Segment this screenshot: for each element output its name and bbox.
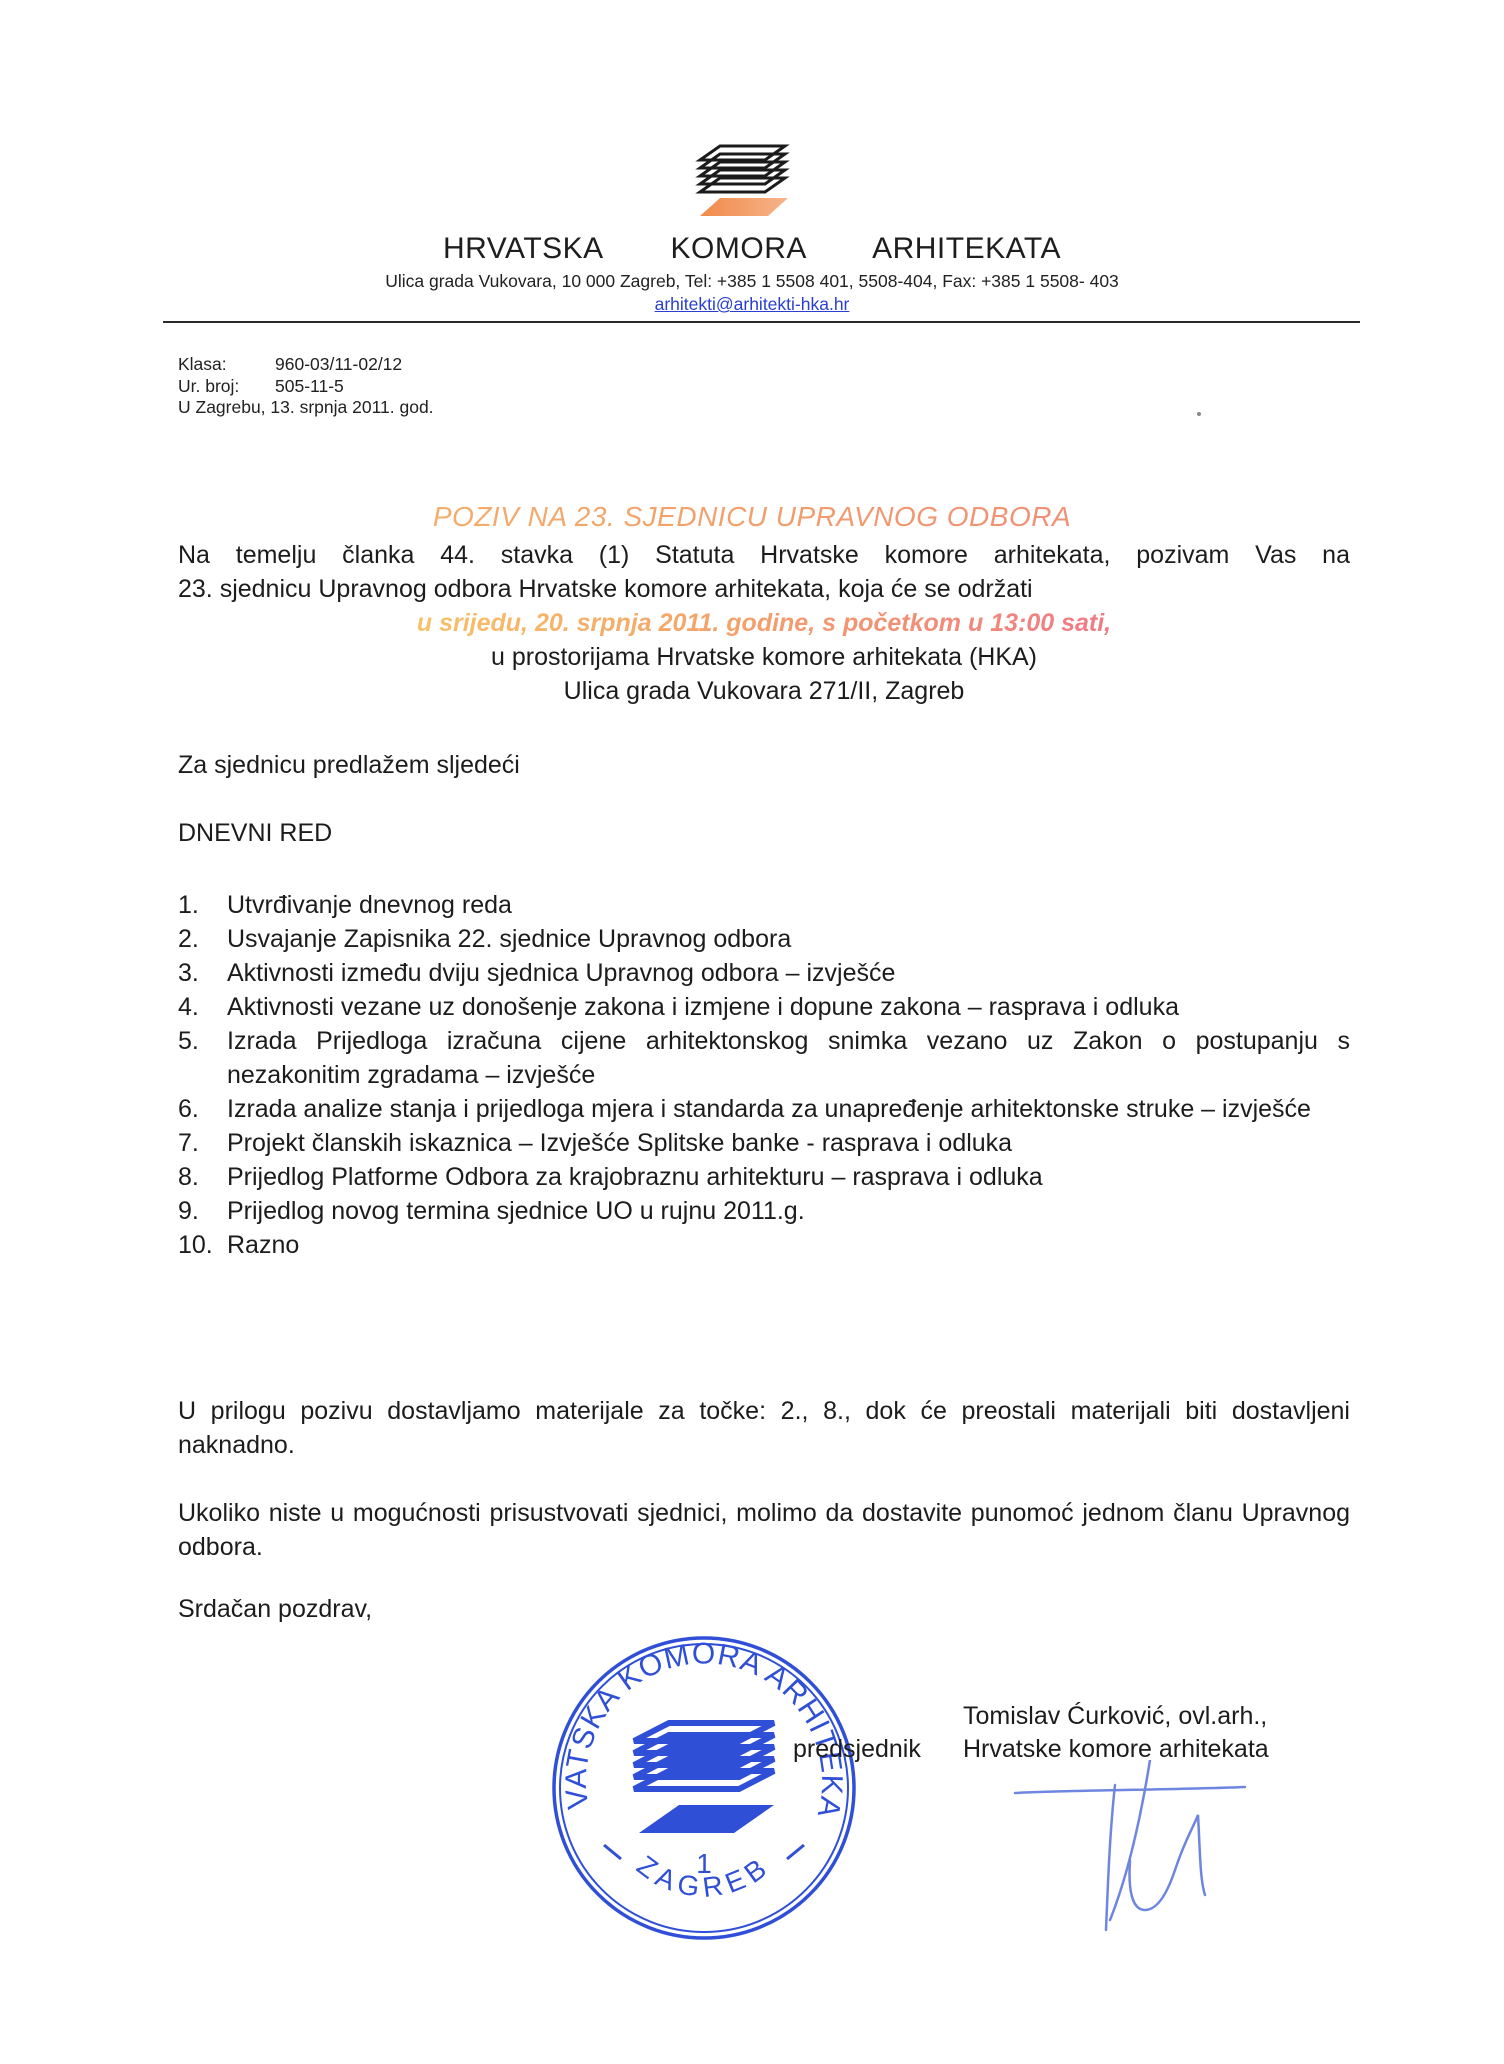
agenda-item-text: Izrada analize stanja i prijedloga mjera… <box>227 1092 1350 1126</box>
agenda-item-number: 10. <box>178 1228 227 1262</box>
venue-line-2: Ulica grada Vukovara 271/II, Zagreb <box>178 674 1350 708</box>
signatory-block: Tomislav Ćurković, ovl.arh., Hrvatske ko… <box>963 1700 1269 1766</box>
agenda-item: 4.Aktivnosti vezane uz donošenje zakona … <box>178 990 1350 1024</box>
agenda-item: 8.Prijedlog Platforme Odbora za krajobra… <box>178 1160 1350 1194</box>
urbroj-value: 505-11-5 <box>275 376 344 398</box>
organization-email: arhitekti@arhitekti-hka.hr <box>0 294 1504 315</box>
agenda-item-text: Prijedlog novog termina sjednice UO u ru… <box>227 1194 1350 1228</box>
agenda-item-text: Aktivnosti vezane uz donošenje zakona i … <box>227 990 1350 1024</box>
invitation-title: POZIV NA 23. SJEDNICU UPRAVNOG ODBORA <box>0 501 1504 533</box>
agenda-item: 9.Prijedlog novog termina sjednice UO u … <box>178 1194 1350 1228</box>
signatory-role-prefix: predsjednik <box>793 1733 921 1766</box>
agenda-item-number: 5. <box>178 1024 227 1092</box>
header-divider <box>163 321 1360 323</box>
agenda-item-number: 3. <box>178 956 227 990</box>
agenda-item: 5.Izrada Prijedloga izračuna cijene arhi… <box>178 1024 1350 1092</box>
agenda-item-text: Izrada Prijedloga izračuna cijene arhite… <box>227 1024 1350 1092</box>
proxy-paragraph: Ukoliko niste u mogućnosti prisustvovati… <box>178 1496 1350 1564</box>
agenda-item-number: 9. <box>178 1194 227 1228</box>
greeting: Srdačan pozdrav, <box>178 1592 1350 1626</box>
agenda-list: 1.Utvrđivanje dnevnog reda 2.Usvajanje Z… <box>178 888 1350 1262</box>
intro-line-2: 23. sjednicu Upravnog odbora Hrvatske ko… <box>178 572 1350 606</box>
place-date: U Zagrebu, 13. srpnja 2011. god. <box>178 397 434 419</box>
agenda-item-number: 4. <box>178 990 227 1024</box>
agenda-item-text: Projekt članskih iskaznica – Izvješće Sp… <box>227 1126 1350 1160</box>
invitation-intro: Na temelju članka 44. stavka (1) Statuta… <box>178 538 1350 708</box>
signatory-name: Tomislav Ćurković, ovl.arh., <box>963 1700 1269 1733</box>
email-link[interactable]: arhitekti@arhitekti-hka.hr <box>655 294 850 314</box>
agenda-item-number: 7. <box>178 1126 227 1160</box>
stamp-number: 1 <box>696 1848 712 1879</box>
agenda-item-text: Razno <box>227 1228 1350 1262</box>
agenda-item-text: Usvajanje Zapisnika 22. sjednice Upravno… <box>227 922 1350 956</box>
agenda-item: 6.Izrada analize stanja i prijedloga mje… <box>178 1092 1350 1126</box>
klasa-value: 960-03/11-02/12 <box>275 354 402 376</box>
stacked-floors-logo-icon <box>690 140 790 220</box>
agenda-item: 7.Projekt članskih iskaznica – Izvješće … <box>178 1126 1350 1160</box>
agenda-item-text: Prijedlog Platforme Odbora za krajobrazn… <box>227 1160 1350 1194</box>
agenda-heading: DNEVNI RED <box>178 816 1350 850</box>
agenda-item: 10.Razno <box>178 1228 1350 1262</box>
agenda-item-text: Utvrđivanje dnevnog reda <box>227 888 1350 922</box>
svg-text:HRVATSKA KOMORA ARHITEKATA: HRVATSKA KOMORA ARHITEKATA <box>549 1633 848 1820</box>
agenda-item-text: Aktivnosti između dviju sjednica Upravno… <box>227 956 1350 990</box>
klasa-label: Klasa: <box>178 354 275 376</box>
urbroj-label: Ur. broj: <box>178 376 275 398</box>
agenda-item: 1.Utvrđivanje dnevnog reda <box>178 888 1350 922</box>
scan-speck <box>1197 412 1201 416</box>
official-stamp-icon: HRVATSKA KOMORA ARHITEKATA ZAGREB 1 <box>549 1633 859 1943</box>
agenda-item-number: 1. <box>178 888 227 922</box>
handwritten-signature-icon <box>1010 1760 1260 1940</box>
organization-name: HRVATSKA KOMORA ARHITEKATA <box>0 232 1504 266</box>
intro-line-1: Na temelju članka 44. stavka (1) Statuta… <box>178 538 1350 572</box>
venue-line-1: u prostorijama Hrvatske komore arhitekat… <box>178 640 1350 674</box>
agenda-item-number: 6. <box>178 1092 227 1126</box>
agenda-item: 3.Aktivnosti između dviju sjednica Uprav… <box>178 956 1350 990</box>
attachments-paragraph: U prilogu pozivu dostavljamo materijale … <box>178 1394 1350 1462</box>
agenda-item-number: 2. <box>178 922 227 956</box>
agenda-item: 2.Usvajanje Zapisnika 22. sjednice Uprav… <box>178 922 1350 956</box>
document-meta: Klasa:960-03/11-02/12 Ur. broj:505-11-5 … <box>178 354 434 419</box>
organization-address: Ulica grada Vukovara, 10 000 Zagreb, Tel… <box>0 271 1504 292</box>
meeting-date: u srijedu, 20. srpnja 2011. godine, s po… <box>417 609 1111 637</box>
stamp-ring-text: HRVATSKA KOMORA ARHITEKATA <box>549 1633 848 1820</box>
agenda-item-number: 8. <box>178 1160 227 1194</box>
agenda-lead: Za sjednicu predlažem sljedeći <box>178 748 1350 782</box>
